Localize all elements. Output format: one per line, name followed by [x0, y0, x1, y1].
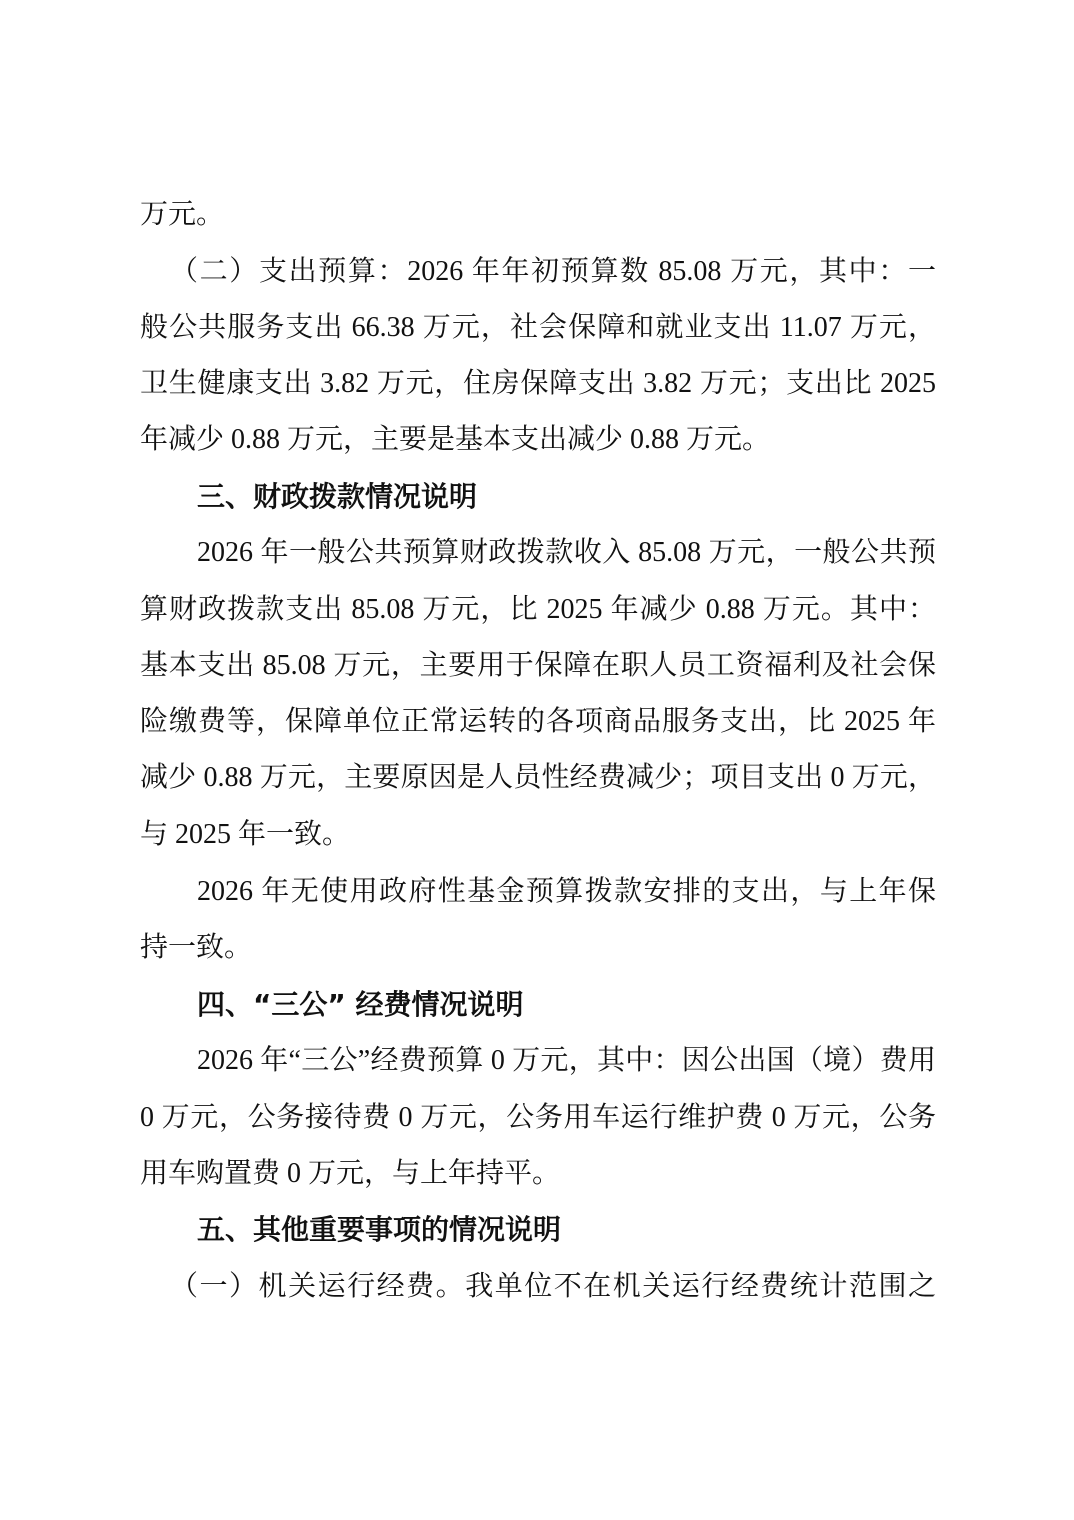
text-line: 0 万元，公务接待费 0 万元，公务用车运行维护费 0 万元，公务: [140, 1098, 936, 1138]
text-line: 用车购置费 0 万元，与上年持平。: [140, 1154, 936, 1194]
text-line: 持一致。: [140, 928, 936, 968]
section-heading: 三、财政拨款情况说明: [197, 477, 477, 517]
text-line: 与 2025 年一致。: [140, 815, 936, 855]
text-line: 2026 年“三公”经费预算 0 万元，其中：因公出国（境）费用: [197, 1041, 936, 1081]
text-line: 险缴费等，保障单位正常运转的各项商品服务支出，比 2025 年: [140, 702, 936, 742]
text-line: 卫生健康支出 3.82 万元，住房保障支出 3.82 万元；支出比 2025: [140, 364, 936, 404]
section-heading: 四、“三公” 经费情况说明: [197, 985, 524, 1025]
text-line: 2026 年一般公共预算财政拨款收入 85.08 万元，一般公共预: [197, 533, 936, 573]
text-line: 年减少 0.88 万元，主要是基本支出减少 0.88 万元。: [140, 420, 936, 460]
text-line: （二）支出预算：2026 年年初预算数 85.08 万元，其中：一: [170, 252, 936, 292]
text-line: 算财政拨款支出 85.08 万元，比 2025 年减少 0.88 万元。其中：: [140, 590, 936, 630]
text-line: 基本支出 85.08 万元，主要用于保障在职人员工资福利及社会保: [140, 646, 936, 686]
text-line: 万元。: [140, 195, 936, 235]
document-page: 万元。 （二）支出预算：2026 年年初预算数 85.08 万元，其中：一 般公…: [0, 0, 1074, 1520]
text-line: 般公共服务支出 66.38 万元，社会保障和就业支出 11.07 万元，: [140, 308, 936, 348]
text-line: （一）机关运行经费。我单位不在机关运行经费统计范围之: [170, 1267, 936, 1307]
section-heading: 五、其他重要事项的情况说明: [197, 1210, 561, 1250]
text-line: 2026 年无使用政府性基金预算拨款安排的支出，与上年保: [197, 872, 936, 912]
text-line: 减少 0.88 万元，主要原因是人员性经费减少；项目支出 0 万元，: [140, 758, 936, 798]
